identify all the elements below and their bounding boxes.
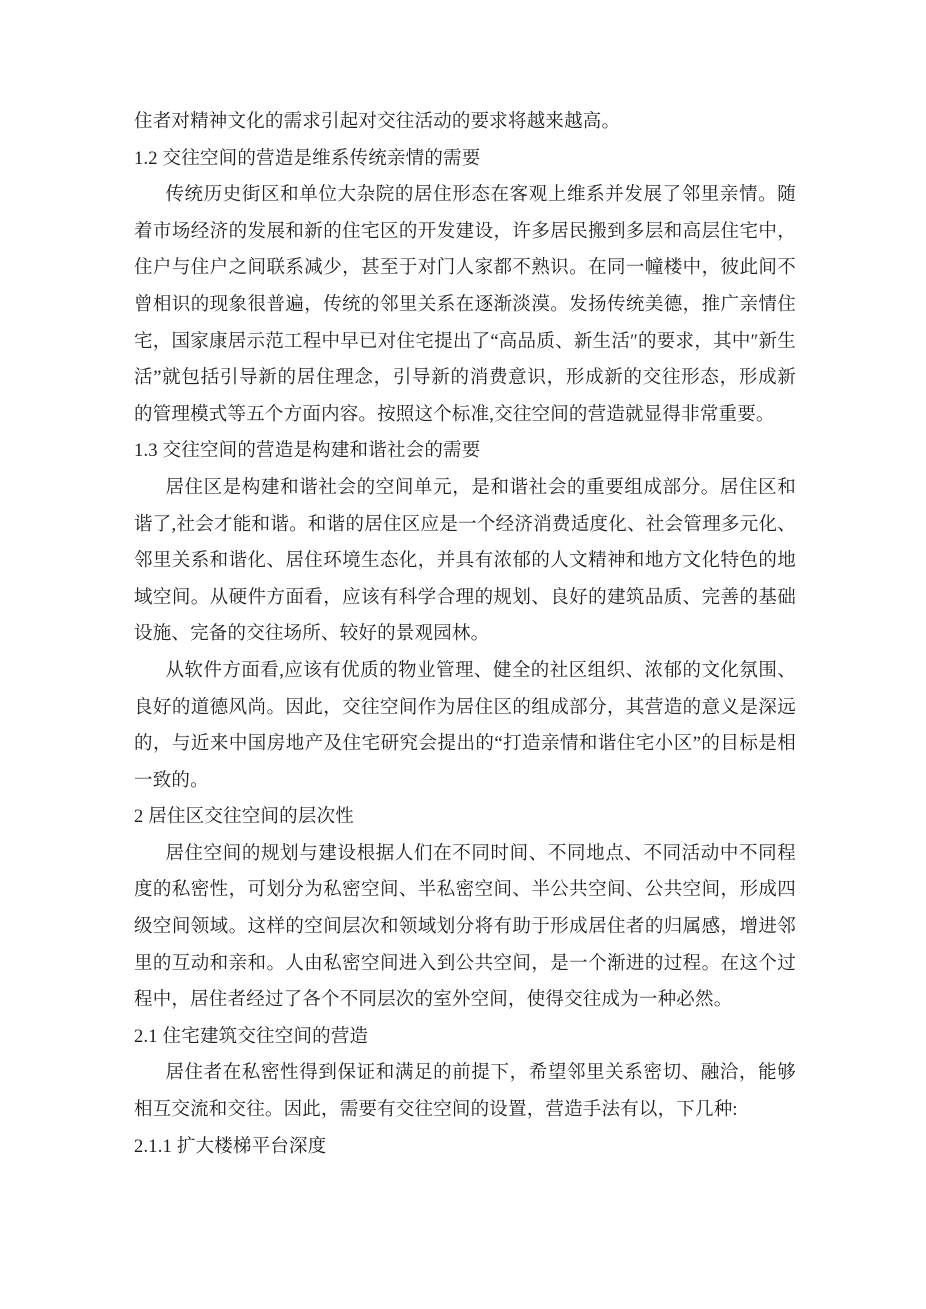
section-heading: 2.1.1 扩大楼梯平台深度 xyxy=(134,1129,796,1166)
document-content: 住者对精神文化的需求引起对交往活动的要求将越来越高。1.2 交往空间的营造是维系… xyxy=(134,104,796,1165)
paragraph: 居住空间的规划与建设根据人们在不同时间、不同地点、不同活动中不同程度的私密性，可… xyxy=(134,836,796,1019)
section-heading: 2.1 住宅建筑交往空间的营造 xyxy=(134,1019,796,1056)
paragraph: 居住者在私密性得到保证和满足的前提下，希望邻里关系密切、融洽，能够相互交流和交往… xyxy=(134,1055,796,1128)
section-heading: 1.2 交往空间的营造是维系传统亲情的需要 xyxy=(134,141,796,178)
paragraph: 住者对精神文化的需求引起对交往活动的要求将越来越高。 xyxy=(134,104,796,141)
paragraph: 传统历史街区和单位大杂院的居住形态在客观上维系并发展了邻里亲情。随着市场经济的发… xyxy=(134,177,796,433)
section-heading: 2 居住区交往空间的层次性 xyxy=(134,799,796,836)
document-page: 住者对精神文化的需求引起对交往活动的要求将越来越高。1.2 交往空间的营造是维系… xyxy=(0,0,926,1309)
paragraph: 居住区是构建和谐社会的空间单元，是和谐社会的重要组成部分。居住区和谐了,社会才能… xyxy=(134,470,796,653)
paragraph: 从软件方面看,应该有优质的物业管理、健全的社区组织、浓郁的文化氛围、良好的道德风… xyxy=(134,653,796,799)
section-heading: 1.3 交往空间的营造是构建和谐社会的需要 xyxy=(134,433,796,470)
